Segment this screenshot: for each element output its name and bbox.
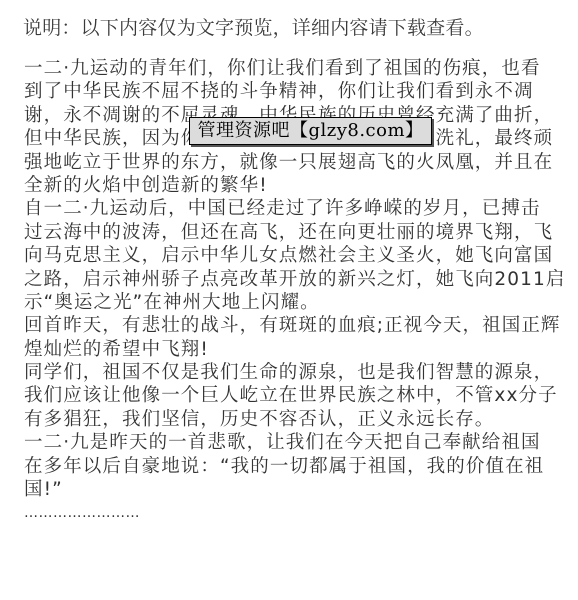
text-line: 有多猖狂，我们坚信，历史不容否认，正义永远长存。: [24, 408, 554, 431]
text-line: 强地屹立于世界的东方，就像一只展翅高飞的火凤凰，并且在: [24, 151, 554, 174]
watermark-banner: 管理资源吧【glzy8.com】: [189, 117, 432, 145]
text-line: 同学们，祖国不仅是我们生命的源泉，也是我们智慧的源泉，: [24, 361, 554, 384]
text-line: 之路，启示神州骄子点亮改革开放的新兴之灯，她飞向2011启: [24, 268, 554, 291]
text-line: 到了中华民族不屈不挠的斗争精神，你们让我们看到永不凋: [24, 80, 554, 103]
preview-notice: 说明：以下内容仅为文字预览，详细内容请下载查看。: [23, 16, 484, 40]
text-line: 全新的火焰中创造新的繁华!: [24, 174, 554, 197]
text-line: 在多年以后自豪地说：“我的一切都属于祖国，我的价值在祖: [24, 455, 554, 478]
text-line: 一二·九运动的青年们，你们让我们看到了祖国的伤痕，也看: [24, 57, 554, 80]
ellipsis: ……………………: [24, 503, 554, 523]
text-line: 我们应该让他像一个巨人屹立在世界民族之林中，不管xx分子: [24, 384, 554, 407]
text-line: 自一二·九运动后，中国已经走过了许多峥嵘的岁月，已搏击: [24, 197, 554, 220]
text-line: 回首昨天，有悲壮的战斗，有斑斑的血痕;正视今天，祖国正辉: [24, 314, 554, 337]
text-line: 煌灿烂的希望中飞翔!: [24, 338, 554, 361]
text-line: 过云海中的波涛，但还在高飞，还在向更壮丽的境界飞翔，飞: [24, 221, 554, 244]
text-line: 示“奥运之光”在神州大地上闪耀。: [24, 291, 554, 314]
text-line: 国!”: [24, 478, 554, 501]
text-line: 向马克思主义，启示中华儿女点燃社会主义圣火，她飞向富国: [24, 244, 554, 267]
text-line: 一二·九是昨天的一首悲歌，让我们在今天把自己奉献给祖国: [24, 431, 554, 454]
